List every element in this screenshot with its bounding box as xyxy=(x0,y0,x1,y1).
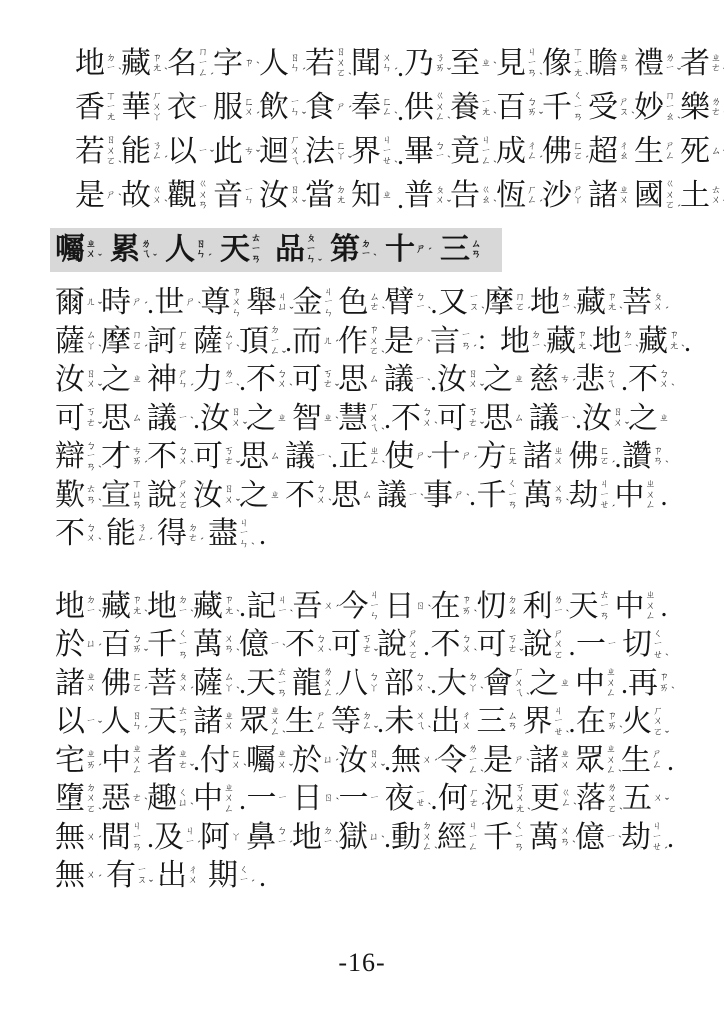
hanzi-char: 是 xyxy=(384,327,414,357)
zhuyin-annotation: ㄐㄧㄥˋ xyxy=(481,136,491,168)
zhuyin-annotation: ㄅㄨˋ xyxy=(659,370,669,391)
hanzi-char: 藏 xyxy=(121,49,151,79)
zhuyin-annotation: ㄈㄛˊ xyxy=(600,447,610,468)
zhuyin-symbol: ㄨ xyxy=(86,534,96,545)
zhuyin-annotation: ㄙㄚˋ xyxy=(224,331,234,352)
char-cell: 日ㄖˋ xyxy=(385,588,431,627)
char-cell: 天ㄊㄧㄢ xyxy=(220,233,266,267)
period-mark: . xyxy=(147,824,154,854)
char-cell: 禮ㄌㄧˇ xyxy=(634,42,680,86)
tone-mark: ˊ xyxy=(251,878,255,890)
zhuyin-annotation: ㄗㄨㄛˋ xyxy=(369,326,379,358)
text-line: 香ㄒㄧㄤ華ㄏㄨㄚ衣ㄧ服ㄈㄨˊ飲ㄧㄣˇ食ㄕˊ奉ㄈㄥˋ.供ㄍㄨㄥˋ養ㄧㄤˋ百ㄅㄞˇ千… xyxy=(75,86,668,130)
zhuyin-symbol: ㄣ xyxy=(370,612,380,623)
zhuyin-symbol: ㄥ xyxy=(468,843,478,854)
period-mark: . xyxy=(615,444,623,474)
zhuyin-symbol: ㄥ xyxy=(224,805,234,816)
hanzi-char: 令 xyxy=(437,746,467,776)
hanzi-char: 華 xyxy=(121,93,151,123)
zhuyin-symbol: ㄕ xyxy=(462,452,472,463)
tone-mark: ˊ xyxy=(210,71,214,83)
zhuyin-symbol: ㄣ xyxy=(324,309,334,320)
hanzi-char: 能 xyxy=(121,137,151,167)
hanzi-char: 恆 xyxy=(496,181,526,211)
char-cell: 億ㄧˋ xyxy=(239,626,285,665)
char-cell: 令ㄌㄧㄥˋ xyxy=(437,742,483,781)
zhuyin-symbol: ㄞ xyxy=(462,607,472,618)
char-cell: 薩ㄙㄚˋ xyxy=(193,665,239,704)
char-cell: 諸ㄓㄨ xyxy=(55,665,101,704)
tone-mark: ˋ xyxy=(420,492,424,504)
period-mark: . xyxy=(661,593,669,623)
tone-mark: ˋ xyxy=(190,459,194,471)
hanzi-char: 地 xyxy=(55,592,85,622)
tone-mark: ˊ xyxy=(302,159,306,171)
char-cell: 迴ㄏㄨㄟˊ xyxy=(259,130,305,174)
zhuyin-symbol: ㄨ xyxy=(435,196,445,207)
tone-mark: ˊ xyxy=(200,536,204,548)
zhuyin-symbol: ㄚ xyxy=(86,342,96,353)
zhuyin-symbol: ㄨ xyxy=(244,108,254,119)
hanzi-char: 說 xyxy=(147,481,177,511)
char-cell: 墮ㄉㄨㄛˋ xyxy=(55,780,101,819)
hanzi-char: 諸 xyxy=(193,707,223,737)
hanzi-char: 三 xyxy=(477,707,507,737)
char-cell: 世ㄕˋ xyxy=(155,284,201,323)
hanzi-char: 部 xyxy=(384,669,414,699)
zhuyin-annotation: ㄉㄨㄥˋ xyxy=(422,822,432,854)
char-cell: 摩ㄇㄛˊ xyxy=(484,284,530,323)
char-cell: 慈ㄘˊ xyxy=(529,361,575,400)
hanzi-char: 宅 xyxy=(55,746,85,776)
zhuyin-symbol: ㄓ xyxy=(606,745,616,756)
hanzi-char: 不 xyxy=(285,630,315,660)
char-cell: 思ㄙ xyxy=(483,400,529,439)
tone-mark: ˇ xyxy=(256,148,260,160)
zhuyin-annotation: ㄙ xyxy=(514,414,524,425)
hanzi-char: 不 xyxy=(391,404,421,434)
char-cell: 若ㄖㄨㄛˋ xyxy=(75,130,121,174)
hanzi-char: 大 xyxy=(437,669,467,699)
zhuyin-symbol: ㄥ xyxy=(316,722,326,733)
text-line: 爾ㄦˇ時ㄕˊ.世ㄕˋ尊ㄗㄨㄣ舉ㄐㄩˇ金ㄐㄧㄣ色ㄙㄜˋ臂ㄅㄧˋ.又ㄧㄡˋ摩ㄇㄛˊ地… xyxy=(55,284,668,323)
hanzi-char: 期 xyxy=(208,861,238,891)
zhuyin-symbol: ㄏ xyxy=(514,668,524,679)
zhuyin-annotation: ㄈㄤ xyxy=(508,447,518,468)
char-cell: 宣ㄒㄩㄢ xyxy=(101,477,147,516)
zhuyin-symbol: ㄥ xyxy=(527,152,537,163)
zhuyin-symbol: ㄞ xyxy=(659,684,669,695)
zhuyin-symbol: ㄢ xyxy=(600,612,610,623)
zhuyin-annotation: ㄐㄧㄝˋ xyxy=(554,707,564,739)
hanzi-char: 諸 xyxy=(523,442,553,472)
hanzi-char: 間 xyxy=(101,823,131,853)
zhuyin-annotation: ㄓㄨ xyxy=(554,447,564,468)
hanzi-char: 妙 xyxy=(634,93,664,123)
char-cell: 萬ㄨㄢˋ xyxy=(523,477,569,516)
zhuyin-annotation: ㄋㄥˊ xyxy=(137,524,147,545)
zhuyin-symbol: ㄢ xyxy=(86,496,96,507)
zhuyin-symbol: ㄧ xyxy=(665,64,675,75)
tone-mark: ˋ xyxy=(236,608,240,620)
zhuyin-symbol: ㄌ xyxy=(323,668,333,679)
zhuyin-annotation: ㄗㄤˋ xyxy=(132,596,142,617)
hanzi-char: 無 xyxy=(391,746,421,776)
tone-mark: ˊ xyxy=(144,685,148,697)
hanzi-char: 受 xyxy=(588,93,618,123)
zhuyin-annotation: ㄓㄨˇ xyxy=(86,240,96,261)
zhuyin-annotation: ㄊㄢˋ xyxy=(86,485,96,506)
hanzi-char: 諸 xyxy=(588,181,618,211)
char-cell: 盡ㄐㄧㄣˋ xyxy=(208,515,254,554)
text-line: 地ㄉㄧˋ藏ㄗㄤˋ名ㄇㄧㄥˊ字ㄗˋ人ㄖㄣˊ若ㄖㄨㄛˋ聞ㄨㄣˊ.乃ㄋㄞˇ至ㄓˋ見ㄐㄧ… xyxy=(75,42,668,86)
zhuyin-symbol: ㄚ xyxy=(369,684,379,695)
char-cell: 使ㄕˇ xyxy=(385,438,431,477)
hanzi-char: 汝 xyxy=(193,481,223,511)
zhuyin-annotation: ㄗㄤˋ xyxy=(152,54,162,75)
tone-mark: ˇ xyxy=(677,66,681,78)
zhuyin-annotation: ㄅㄧㄢˋ xyxy=(86,442,96,474)
zhuyin-annotation: ㄦˊ xyxy=(323,337,333,348)
char-cell: 宅ㄓㄞˊ xyxy=(55,742,101,781)
zhuyin-symbol: ㄛ xyxy=(86,805,96,816)
zhuyin-annotation: ㄍㄨˋ xyxy=(152,186,162,207)
zhuyin-symbol: ㄑ xyxy=(508,480,518,491)
zhuyin-annotation: ㄌㄧˇ xyxy=(665,54,675,75)
period-mark: . xyxy=(684,328,691,358)
zhuyin-symbol: ㄥ xyxy=(137,534,147,545)
period-mark: . xyxy=(384,824,391,854)
hanzi-char: 之 xyxy=(628,404,658,434)
zhuyin-annotation: ㄌㄨㄛˋ xyxy=(607,784,617,816)
zhuyin-annotation: ㄊㄧㄢ xyxy=(178,707,188,739)
tone-mark: ˋ xyxy=(381,349,385,361)
char-cell: 諸ㄓㄨ xyxy=(588,174,634,218)
hanzi-char: 累 xyxy=(110,235,140,265)
hanzi-char: 在 xyxy=(431,592,461,622)
zhuyin-annotation: ㄕㄣˊ xyxy=(178,370,188,391)
tone-mark: ˋ xyxy=(493,159,497,171)
zhuyin-symbol: ㄟ xyxy=(290,157,300,168)
zhuyin-symbol: ㄨ xyxy=(653,303,663,314)
zhuyin-annotation: ㄉㄤ xyxy=(336,186,346,207)
char-cell: 夜ㄧㄝˋ xyxy=(385,780,431,819)
char-cell: 鼻ㄅㄧˊ xyxy=(246,819,292,858)
hanzi-char: 菩 xyxy=(622,288,652,318)
zhuyin-symbol: ㄞ xyxy=(132,457,142,468)
hanzi-char: 摩 xyxy=(484,288,514,318)
hanzi-char: 沙 xyxy=(542,181,572,211)
tone-mark: ˋ xyxy=(573,305,577,317)
hanzi-char: 百 xyxy=(101,630,131,660)
hanzi-char: 作 xyxy=(338,327,368,357)
zhuyin-symbol: ㄧ xyxy=(416,303,426,314)
zhuyin-annotation: ㄏㄨㄟˋ xyxy=(514,668,524,700)
char-cell: 是ㄕˋ xyxy=(75,174,121,218)
zhuyin-annotation: ㄧ xyxy=(278,794,288,805)
zhuyin-annotation: ㄖㄣˊ xyxy=(290,54,300,75)
char-cell: 地ㄉㄧˋ xyxy=(292,819,338,858)
char-cell: 人ㄖㄣˊ xyxy=(165,233,211,267)
zhuyin-annotation: ㄎㄜˇ xyxy=(86,408,96,429)
hanzi-char: 阿 xyxy=(200,823,230,853)
tone-mark: ˇ xyxy=(153,252,157,264)
char-cell: 神ㄕㄣˊ xyxy=(147,361,193,400)
tone-mark: ˋ xyxy=(335,839,339,851)
char-cell: 三ㄙㄢ xyxy=(477,703,523,742)
zhuyin-symbol: ㄜ xyxy=(224,457,234,468)
tone-mark: ˇ xyxy=(539,110,543,122)
char-cell: 汝ㄖㄨˇ xyxy=(55,361,101,400)
tone-mark: ˊ xyxy=(612,459,616,471)
period-mark: . xyxy=(430,367,437,397)
tone-mark: ˊ xyxy=(335,338,339,350)
zhuyin-annotation: ㄨˊ xyxy=(324,602,334,613)
char-cell: 名ㄇㄧㄥˊ xyxy=(167,42,213,86)
zhuyin-symbol: ㄧ xyxy=(224,380,234,391)
hanzi-char: 議 xyxy=(384,365,414,395)
char-cell: 地ㄉㄧˋ xyxy=(530,284,576,323)
zhuyin-symbol: ㄟ xyxy=(416,722,426,733)
hanzi-char: 付 xyxy=(200,746,230,776)
text-line: 宅ㄓㄞˊ中ㄓㄨㄥ者ㄓㄜˇ.付ㄈㄨˋ囑ㄓㄨˇ於ㄩˊ汝ㄖㄨˇ.無ㄨˊ令ㄌㄧㄥˋ是ㄕˋ… xyxy=(55,742,668,781)
char-cell: 議ㄧˋ xyxy=(529,400,575,439)
zhuyin-symbol: ㄚ xyxy=(336,152,346,163)
char-cell: 告ㄍㄠˋ xyxy=(450,174,496,218)
hanzi-char: 地 xyxy=(500,327,530,357)
tone-mark: ˇ xyxy=(374,647,378,659)
char-cell: 能ㄋㄥˊ xyxy=(121,130,167,174)
tone-mark: ˊ xyxy=(665,305,669,317)
hanzi-char: 臂 xyxy=(385,288,415,318)
zhuyin-symbol: ㄢ xyxy=(527,69,537,80)
tone-mark: ˋ xyxy=(543,343,547,355)
char-cell: 歎ㄊㄢˋ xyxy=(55,477,101,516)
tone-mark: ˊ xyxy=(335,757,339,769)
period-mark: . xyxy=(147,290,155,320)
tone-mark: ˇ xyxy=(290,305,294,317)
zhuyin-annotation: ㄅㄨˋ xyxy=(178,447,188,468)
char-cell: 汝ㄖㄨˇ xyxy=(582,400,628,439)
tone-mark: ˋ xyxy=(665,459,669,471)
period-mark: . xyxy=(621,367,628,397)
zhuyin-symbol: ㄜ xyxy=(468,419,478,430)
char-cell: 可ㄎㄜˇ xyxy=(55,400,101,439)
char-cell: 龍ㄌㄨㄥˊ xyxy=(292,665,338,704)
char-cell: 字ㄗˋ xyxy=(213,42,259,86)
zhuyin-symbol: ㄝ xyxy=(652,843,662,854)
period-mark: . xyxy=(377,709,385,739)
char-cell: 諸ㄓㄨ xyxy=(529,742,575,781)
zhuyin-symbol: ㄘ xyxy=(244,147,254,158)
zhuyin-symbol: ㄣ xyxy=(239,540,249,551)
zhuyin-symbol: ㄨ xyxy=(277,380,287,391)
char-cell: 出ㄔㄨ xyxy=(431,703,477,742)
char-cell: 火ㄏㄨㄛˇ xyxy=(622,703,668,742)
hanzi-char: 法 xyxy=(305,137,335,167)
hanzi-char: 可 xyxy=(292,365,322,395)
zhuyin-symbol: ㄡ xyxy=(619,108,629,119)
zhuyin-symbol: ㄧ xyxy=(607,640,617,651)
tone-mark: ˇ xyxy=(236,459,240,471)
zhuyin-annotation: ㄎㄜˇ xyxy=(468,408,478,429)
char-cell: 之ㄓ xyxy=(246,400,292,439)
zhuyin-annotation: ㄕˋ xyxy=(186,298,196,309)
zhuyin-annotation: ㄗㄞˋ xyxy=(462,596,472,617)
hanzi-char: 出 xyxy=(157,861,187,891)
char-cell: 汝ㄖㄨˇ xyxy=(338,742,384,781)
char-cell: 百ㄅㄞˇ xyxy=(101,626,147,665)
zhuyin-annotation: ㄅㄚ xyxy=(369,673,379,694)
hanzi-char: 火 xyxy=(622,707,652,737)
hanzi-char: 汝 xyxy=(55,365,85,395)
zhuyin-symbol: ㄨ xyxy=(86,380,96,391)
tone-mark: ˊ xyxy=(98,762,102,774)
hanzi-char: 生 xyxy=(634,137,664,167)
char-cell: 眾ㄓㄨㄥˋ xyxy=(575,742,621,781)
zhuyin-annotation: ㄙ xyxy=(362,491,372,502)
zhuyin-annotation: ㄉㄧˋ xyxy=(86,596,96,617)
hanzi-char: 香 xyxy=(75,93,105,123)
zhuyin-annotation: ㄖㄨˇ xyxy=(224,485,234,506)
zhuyin-symbol: ㄥ xyxy=(527,196,537,207)
tone-mark: ˋ xyxy=(481,305,485,317)
zhuyin-symbol: ㄢ xyxy=(461,342,471,353)
tone-mark: ˇ xyxy=(520,647,524,659)
hanzi-char: 落 xyxy=(576,784,606,814)
zhuyin-annotation: ㄓ xyxy=(659,414,669,425)
zhuyin-annotation: ㄅㄧˋ xyxy=(435,142,445,163)
tone-mark: ˊ xyxy=(677,203,681,215)
char-cell: 未ㄨㄟˋ xyxy=(385,703,431,742)
zhuyin-annotation: ㄏㄨㄟˋ xyxy=(369,403,379,435)
zhuyin-symbol: ㄨ xyxy=(653,717,663,728)
char-cell: 供ㄍㄨㄥˋ xyxy=(404,86,450,130)
char-cell: 一ㄧ xyxy=(247,780,293,819)
zhuyin-symbol: ㄙ xyxy=(132,414,142,425)
tone-mark: ˊ xyxy=(302,66,306,78)
hanzi-char: 會 xyxy=(483,669,513,699)
tone-mark: ˇ xyxy=(98,300,102,312)
tone-mark: ˊ xyxy=(289,839,293,851)
zhuyin-annotation: ㄑㄧㄝˋ xyxy=(653,630,663,662)
zhuyin-symbol: ㄕ xyxy=(336,103,346,114)
zhuyin-annotation: ㄊㄧㄢ xyxy=(600,591,610,623)
char-cell: 金ㄐㄧㄣ xyxy=(293,284,339,323)
tone-mark: ˋ xyxy=(381,426,385,438)
zhuyin-symbol: ㄢ xyxy=(224,645,234,656)
zhuyin-annotation: ㄒㄧㄤˋ xyxy=(573,48,583,80)
zhuyin-symbol: ㄨ xyxy=(324,602,334,613)
zhuyin-symbol: ㄣ xyxy=(306,255,316,266)
hanzi-char: 天 xyxy=(220,235,250,265)
zhuyin-symbol: ㄨ xyxy=(86,833,96,844)
zhuyin-annotation: ㄅㄨˋ xyxy=(462,635,472,656)
zhuyin-annotation: ㄌㄜˋ xyxy=(711,98,721,119)
tone-mark: ˊ xyxy=(144,724,148,736)
hanzi-char: 見 xyxy=(496,49,526,79)
tone-mark: ˋ xyxy=(190,801,194,813)
char-cell: 部ㄅㄨˋ xyxy=(384,665,430,704)
hanzi-char: 事 xyxy=(423,481,453,511)
zhuyin-annotation: ㄕˊ xyxy=(416,245,426,256)
hanzi-char: 衣 xyxy=(167,93,197,123)
char-cell: 說ㄕㄨㄛ xyxy=(377,626,423,665)
tone-mark: ˋ xyxy=(382,305,386,317)
zhuyin-symbol: ㄓ xyxy=(382,191,392,202)
zhuyin-annotation: ㄕㄥ xyxy=(652,750,662,771)
zhuyin-symbol: ㄢ xyxy=(178,651,188,662)
zhuyin-annotation: ㄙㄢ xyxy=(471,240,481,261)
char-cell: 在ㄗㄞˋ xyxy=(576,703,622,742)
tone-mark: ˋ xyxy=(236,382,240,394)
zhuyin-symbol: ㄙ xyxy=(369,375,379,386)
zhuyin-symbol: ㄩ xyxy=(323,756,333,767)
hanzi-char: 眾 xyxy=(575,746,605,776)
tone-mark: ˋ xyxy=(474,608,478,620)
hanzi-char: 飲 xyxy=(259,93,289,123)
zhuyin-symbol: ㄨ xyxy=(711,196,721,207)
hanzi-char: 天 xyxy=(147,707,177,737)
text-line: 薩ㄙㄚˋ摩ㄇㄛˊ訶ㄏㄜ薩ㄙㄚˋ頂ㄉㄧㄥˇ.而ㄦˊ作ㄗㄨㄛˋ是ㄕˋ言ㄧㄢˊ：地ㄉㄧ… xyxy=(55,323,668,362)
char-cell: 藏ㄗㄤˋ xyxy=(546,323,592,362)
char-cell: 十ㄕˊ xyxy=(431,438,477,477)
char-cell: 故ㄍㄨˋ xyxy=(121,174,167,218)
tone-mark: ˇ xyxy=(335,382,339,394)
tone-mark: ˋ xyxy=(251,541,255,553)
hanzi-char: 佛 xyxy=(569,442,599,472)
char-cell: 飲ㄧㄣˇ xyxy=(259,86,305,130)
zhuyin-symbol: ㄝ xyxy=(600,501,610,512)
zhuyin-symbol: ㄧ xyxy=(86,452,96,463)
zhuyin-annotation: ㄏㄨㄟˊ xyxy=(290,136,300,168)
zhuyin-annotation: ㄖㄨˇ xyxy=(231,408,241,429)
hanzi-char: 今 xyxy=(339,592,369,622)
hanzi-char: 再 xyxy=(628,669,658,699)
zhuyin-annotation: ㄓ xyxy=(560,679,570,690)
zhuyin-symbol: ㄛ xyxy=(665,201,675,212)
hanzi-char: 聞 xyxy=(351,49,381,79)
zhuyin-symbol: ㄨ xyxy=(231,761,241,772)
zhuyin-symbol: ㄨ xyxy=(231,419,241,430)
zhuyin-symbol: ㄓ xyxy=(606,668,616,679)
zhuyin-annotation: ㄓㄨㄥ xyxy=(646,480,656,512)
tone-mark: ˇ xyxy=(665,796,669,808)
tone-mark: ˋ xyxy=(428,801,432,813)
tone-mark: ˇ xyxy=(318,257,322,269)
zhuyin-symbol: ㄜ xyxy=(132,794,142,805)
hanzi-char: 故 xyxy=(121,181,151,211)
tone-mark: ˇ xyxy=(190,762,194,774)
hanzi-char: 佛 xyxy=(542,137,572,167)
char-cell: 不ㄅㄨˋ xyxy=(391,400,437,439)
period-mark: . xyxy=(259,863,268,893)
zhuyin-symbol: ㄡ xyxy=(137,876,147,887)
period-mark: . xyxy=(397,141,404,171)
zhuyin-annotation: ㄧㄣˇ xyxy=(290,98,300,119)
zhuyin-symbol: ㄥ xyxy=(270,347,280,358)
hanzi-char: 能 xyxy=(106,519,136,549)
hanzi-char: 十 xyxy=(431,442,461,472)
tone-mark: ˇ xyxy=(98,382,102,394)
tone-mark: ˋ xyxy=(236,647,240,659)
period-mark: . xyxy=(469,482,477,512)
tone-mark: ˋ xyxy=(348,71,352,83)
hanzi-char: 人 xyxy=(165,235,195,265)
zhuyin-symbol: ㄕ xyxy=(186,298,196,309)
char-cell: 中ㄓㄨㄥ xyxy=(101,742,147,781)
hanzi-char: 觀 xyxy=(167,181,197,211)
